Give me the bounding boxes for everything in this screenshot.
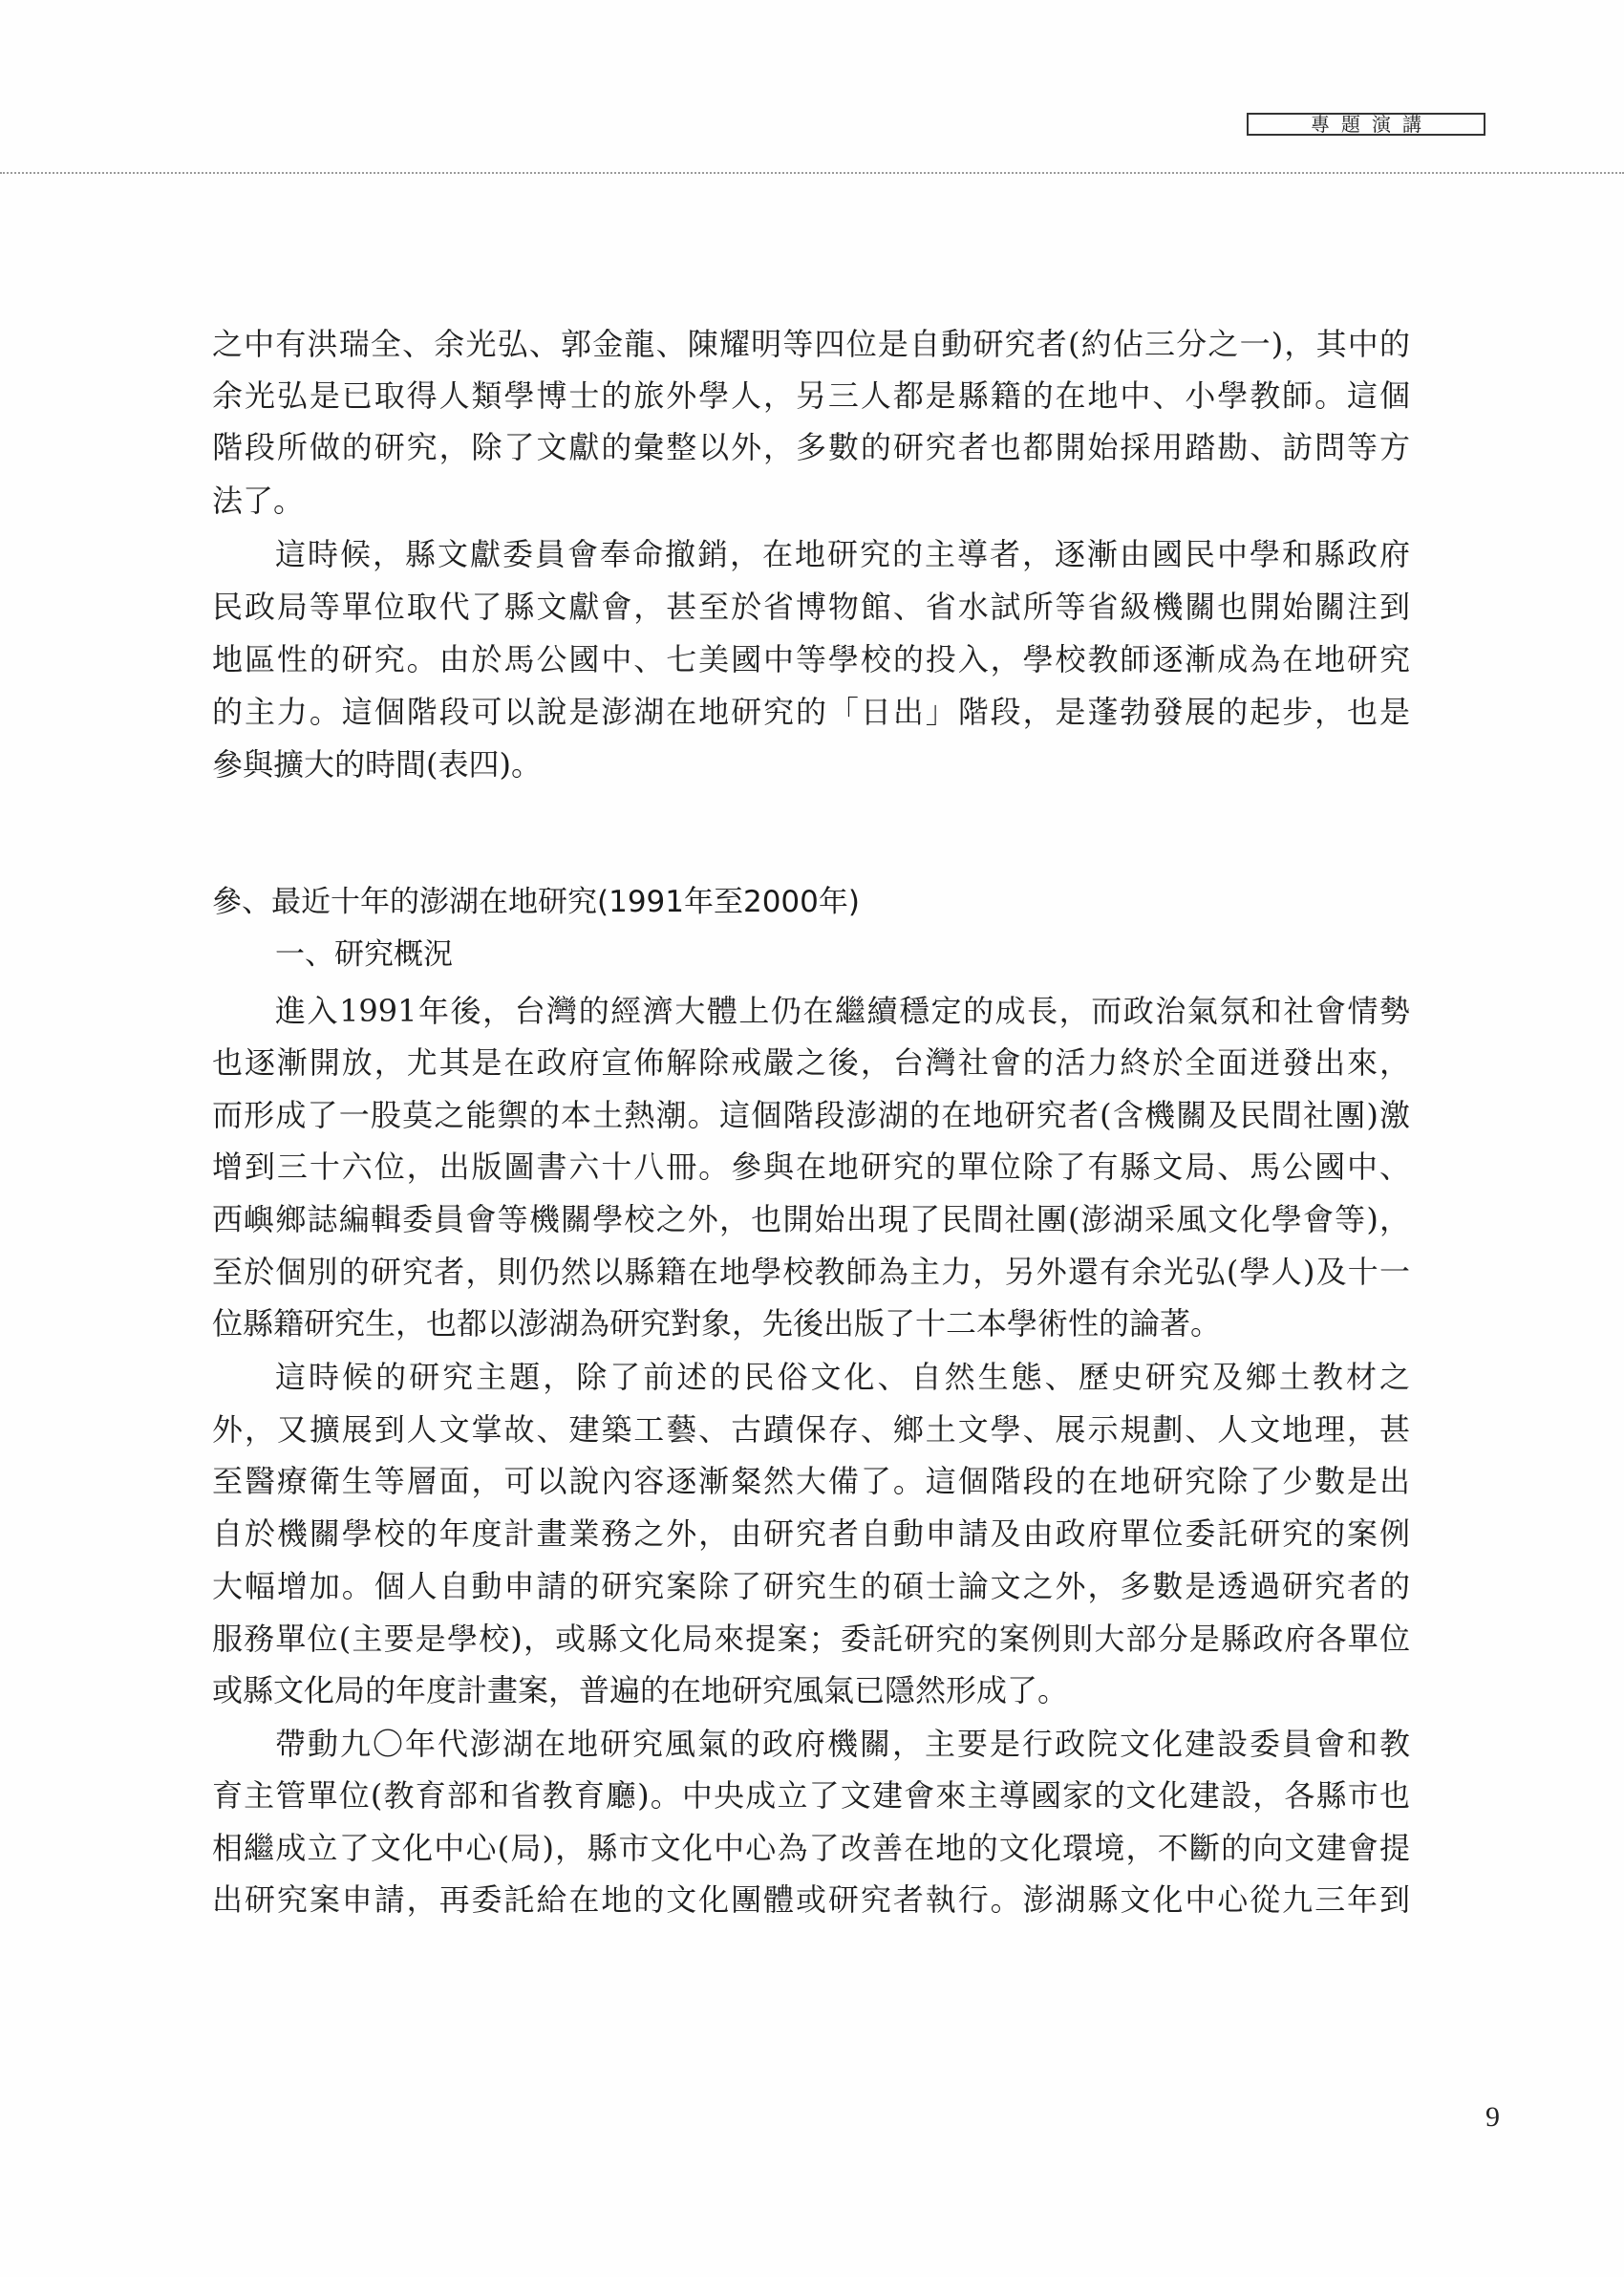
body-text-line: 參與擴大的時間(表四)。 <box>212 743 1410 785</box>
body-text-line: 階段所做的研究，除了文獻的彙整以外，多數的研究者也都開始採用踏勘、訪問等方 <box>212 426 1410 468</box>
body-text-line: 外，又擴展到人文掌故、建築工藝、古蹟保存、鄉土文學、展示規劃、人文地理，甚 <box>212 1408 1410 1450</box>
body-text-line: 進入1991年後，台灣的經濟大體上仍在繼續穩定的成長，而政治氣氛和社會情勢 <box>275 990 1410 1032</box>
header-dotted-divider <box>0 172 1624 174</box>
body-text-line: 增到三十六位，出版圖書六十八冊。參與在地研究的單位除了有縣文局、馬公國中、 <box>212 1146 1410 1188</box>
body-text-line: 的主力。這個階段可以說是澎湖在地研究的「日出」階段，是蓬勃發展的起步，也是 <box>212 691 1410 733</box>
body-text-line: 相繼成立了文化中心(局)，縣市文化中心為了改善在地的文化環境，不斷的向文建會提 <box>212 1827 1410 1869</box>
body-text-line: 位縣籍研究生，也都以澎湖為研究對象，先後出版了十二本學術性的論著。 <box>212 1302 1410 1344</box>
body-text-line: 或縣文化局的年度計畫案，普遍的在地研究風氣已隱然形成了。 <box>212 1669 1410 1711</box>
body-text-line: 也逐漸開放，尤其是在政府宣佈解除戒嚴之後，台灣社會的活力終於全面迸發出來， <box>212 1042 1410 1084</box>
body-text-line: 育主管單位(教育部和省教育廳)。中央成立了文建會來主導國家的文化建設，各縣市也 <box>212 1774 1410 1816</box>
body-text-line: 余光弘是已取得人類學博士的旅外學人，另三人都是縣籍的在地中、小學教師。這個 <box>212 375 1410 417</box>
subsection-heading: 一、研究概況 <box>275 934 453 976</box>
running-header-section-label: 專題演講 <box>1247 113 1485 136</box>
body-text-line: 而形成了一股莫之能禦的本土熱潮。這個階段澎湖的在地研究者(含機關及民間社團)激 <box>212 1094 1410 1136</box>
body-text-line: 西嶼鄉誌編輯委員會等機關學校之外，也開始出現了民間社團(澎湖采風文化學會等)， <box>212 1198 1410 1240</box>
body-text-line: 大幅增加。個人自動申請的研究案除了研究生的碩士論文之外，多數是透過研究者的 <box>212 1565 1410 1607</box>
body-text-line: 服務單位(主要是學校)，或縣文化局來提案；委託研究的案例則大部分是縣政府各單位 <box>212 1618 1410 1660</box>
body-text-line: 民政局等單位取代了縣文獻會，甚至於省博物館、省水試所等省級機關也開始關注到 <box>212 586 1410 628</box>
body-text-line: 這時候的研究主題，除了前述的民俗文化、自然生態、歷史研究及鄉土教材之 <box>275 1356 1410 1398</box>
body-text-line: 法了。 <box>212 480 1410 522</box>
body-text-line: 帶動九〇年代澎湖在地研究風氣的政府機關，主要是行政院文化建設委員會和教 <box>275 1723 1410 1765</box>
body-text-line: 地區性的研究。由於馬公國中、七美國中等學校的投入，學校教師逐漸成為在地研究 <box>212 638 1410 680</box>
body-text-line: 至醫療衛生等層面，可以說內容逐漸粲然大備了。這個階段的在地研究除了少數是出 <box>212 1460 1410 1502</box>
body-text-line: 之中有洪瑞全、余光弘、郭金龍、陳耀明等四位是自動研究者(約佔三分之一)，其中的 <box>212 323 1410 365</box>
body-text-line: 出研究案申請，再委託給在地的文化團體或研究者執行。澎湖縣文化中心從九三年到 <box>212 1879 1410 1921</box>
body-text-line: 這時候，縣文獻委員會奉命撤銷，在地研究的主導者，逐漸由國民中學和縣政府 <box>275 533 1410 575</box>
section-heading: 參、最近十年的澎湖在地研究(1991年至2000年) <box>212 881 860 923</box>
body-text-line: 至於個別的研究者，則仍然以縣籍在地學校教師為主力，另外還有余光弘(學人)及十一 <box>212 1251 1410 1293</box>
body-text-line: 自於機關學校的年度計畫業務之外，由研究者自動申請及由政府單位委託研究的案例 <box>212 1513 1410 1555</box>
page-number: 9 <box>1485 2098 1500 2137</box>
